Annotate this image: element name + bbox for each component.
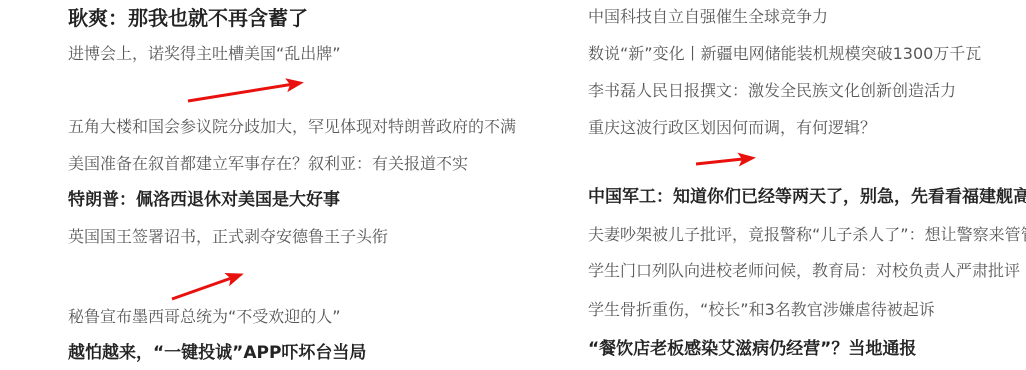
headline-link[interactable]: “餐饮店老板感染艾滋病仍经营”？当地通报 (588, 339, 916, 360)
headline-link[interactable]: 特朗普：佩洛西退休对美国是大好事 (68, 190, 340, 211)
headline-link[interactable]: 李书磊人民日报撰文：激发全民族文化创新创造活力 (588, 81, 956, 101)
red-arrow-annotation (188, 83, 300, 101)
red-arrow-annotation (696, 158, 752, 164)
headline-link[interactable]: 五角大楼和国会参议院分歧加大，罕见体现对特朗普政府的不满 (68, 117, 516, 137)
headline-link[interactable]: 进博会上，诺奖得主吐槽美国“乱出牌” (68, 44, 341, 64)
headline-link[interactable]: 重庆这波行政区划因何而调，有何逻辑？ (588, 118, 876, 138)
headline-link[interactable]: 中国科技自立自强催生全球竞争力 (588, 7, 828, 27)
headline-link[interactable]: 数说“新”变化丨新疆电网储能装机规模突破1300万千瓦 (588, 44, 981, 64)
headline-link[interactable]: 英国国王签署诏书，正式剥夺安德鲁王子头衔 (68, 227, 388, 247)
headline-link[interactable]: 美国准备在叙首都建立军事存在？叙利亚：有关报道不实 (68, 154, 468, 174)
news-headline-page: 耿爽：那我也就不再含蓄了 进博会上，诺奖得主吐槽美国“乱出牌” 五角大楼和国会参… (0, 0, 1026, 370)
red-arrow-annotation (172, 275, 240, 299)
headline-link[interactable]: 中国军工：知道你们已经等两天了，别急，先看看福建舰高清视频 (588, 187, 1026, 208)
headline-link[interactable]: 夫妻吵架被儿子批评，竟报警称“儿子杀人了”：想让警察来管管 (588, 225, 1026, 245)
headline-link[interactable]: 越怕越来，“一键投诚”APP吓坏台当局 (68, 343, 366, 364)
headline-link[interactable]: 耿爽：那我也就不再含蓄了 (68, 6, 308, 31)
headline-link[interactable]: 学生门口列队向进校老师问候，教育局：对校负责人严肃批评（通报） (588, 261, 1026, 281)
headline-link[interactable]: 学生骨折重伤，“校长”和3名教官涉嫌虐待被起诉 (588, 300, 935, 320)
headline-link[interactable]: 秘鲁宣布墨西哥总统为“不受欢迎的人” (68, 307, 341, 327)
